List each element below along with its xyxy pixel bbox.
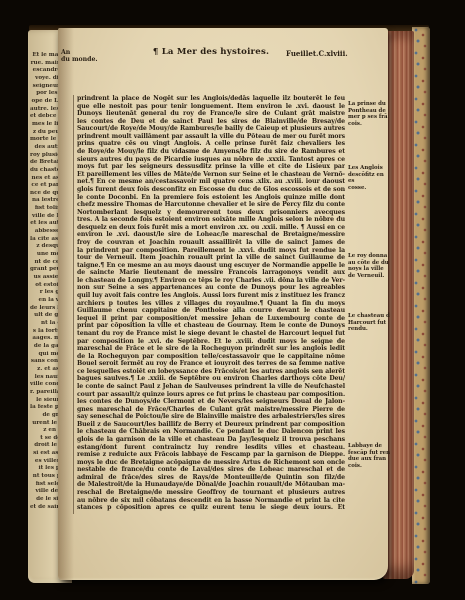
body-text-line: le chasteau de Longny.¶ Environ ce tēps … — [77, 277, 345, 285]
margin-note-line: mer p ses frā — [348, 114, 392, 121]
margin-note-line: Le chasteau d — [348, 313, 392, 320]
body-text-line: environ le .xvi. daoust/le sire de Lohea… — [77, 231, 345, 239]
body-text-line: la prindrent par composition. Pareilleme… — [77, 247, 345, 255]
body-text-line: bagues saulves.¶ Le .xxiii. de Septēbre … — [77, 375, 345, 383]
body-text-line: Saucourt/de Roye/de Mouy/de Rambures/le … — [77, 125, 345, 133]
body-text-line: Et pareillement les villes de Māte/de Ve… — [77, 171, 345, 179]
body-text-line: prindrent la place de Nogēt sur les Angl… — [77, 95, 345, 103]
margin-note: Le roy donnaau cōte de dunoys la villede… — [348, 253, 392, 279]
body-text-line: non sur Seine a ses appartenances au con… — [77, 284, 345, 292]
body-text-line: moys le duc de Bretaigne acōpaigne de me… — [77, 459, 345, 467]
margin-note: Labbaye defescāp fut rendue aux francois… — [348, 443, 392, 469]
pilcrow-ornament-icon: ¶ — [153, 47, 159, 57]
cover-marble-edge — [412, 27, 430, 584]
margin-label-line: du monde. — [61, 56, 101, 63]
body-text-line: court par assault/z quinze iours apres c… — [77, 391, 345, 399]
margin-note-line: cosse. — [348, 185, 392, 192]
body-text-line: de saincte Marie lieutenant de messire F… — [77, 269, 345, 277]
body-text-line: say seneschal de Poictou/le sire de Blai… — [77, 413, 345, 421]
body-text-line: tenant du roy de France mist le siege de… — [77, 330, 345, 338]
margin-note-line: descōfitz en es — [348, 172, 392, 185]
body-text-line: glois furent deux fois desconfitz en Esc… — [77, 186, 345, 194]
body-text-line: archiers p toutes les villes z villages … — [77, 300, 345, 308]
margin-note-line: Le roy donna — [348, 253, 392, 260]
body-text-line: sieurs autres du pays de Picardie iusque… — [77, 156, 345, 164]
body-text-line: prindrent moult vaillāment par assault l… — [77, 133, 345, 141]
body-text-line: moys fut par les seigneurs dessusditz pr… — [77, 163, 345, 171]
body-text: prindrent la place de Nogēt sur les Angl… — [77, 95, 345, 515]
body-text-line: nestable de france/du conte de Laval/des… — [77, 466, 345, 474]
body-text-line: taigne.¶ En ce mesme an au moys daoust u… — [77, 262, 345, 270]
body-text-line: gnes mareschal de Frāce/Charles de Culan… — [77, 406, 345, 414]
margin-notes: La prinse duPontheau demer p ses frācois… — [348, 28, 392, 580]
body-text-line: que elle nestoit pas pour tenir longueme… — [77, 103, 345, 111]
margin-note-line: due aux fran — [348, 456, 392, 463]
main-page: An du monde. ¶ La Mer des hystoires. Fue… — [58, 28, 388, 580]
body-text-line: froy de couvran et Joachin rouault assai… — [77, 239, 345, 247]
body-text-line: chefz messire Thomas de Harcutonne cheva… — [77, 201, 345, 209]
body-text-line: de la Rocheguyon par composition telle/c… — [77, 353, 345, 361]
body-text-line: Guillaume chenu cappitaine de Ponthoise … — [77, 307, 345, 315]
body-text-line: print par cōposition la ville et chastea… — [77, 322, 345, 330]
body-text-line: le conte Doconbi. En la premiere fois es… — [77, 194, 345, 202]
body-text-line: le chasteau de Chābrais en Normandie. Ce… — [77, 428, 345, 436]
body-text-line: prins quatre cēs ou vingt Anglois. A cel… — [77, 140, 345, 148]
gutter-crease-line — [73, 95, 74, 514]
margin-note-line: La prinse du — [348, 101, 392, 108]
body-text-line: Nortomberlant lesquelz y demourerent tou… — [77, 209, 345, 217]
body-text-line: tour de Verneuil. Item Joachin rouault p… — [77, 254, 345, 262]
body-text-line: glois de la garnison de la ville et chas… — [77, 436, 345, 444]
body-text-line: de Roye/de Mouy/le filz du vidasme de Am… — [77, 148, 345, 156]
body-text-line: reschal de Bretaigne/de messire Geoffroy… — [77, 489, 345, 497]
body-text-line: admiral de frāce/des sires de Rays/de Mo… — [77, 474, 345, 482]
body-text-line: de Malestroit/de la Hunaudaye/de Dōnal/d… — [77, 481, 345, 489]
body-text-line: Bueil z de Saucourt/les baillifz de Berr… — [77, 421, 345, 429]
body-text-line: ce lesquelles estoiēt en lobeyssance des… — [77, 368, 345, 376]
body-text-line: par composition le .xvi. de Septēbre. Et… — [77, 338, 345, 346]
margin-note-line: cois. — [348, 121, 392, 128]
margin-note: Les Angloisdescōfitz en escosse. — [348, 165, 392, 191]
body-text-line: le conte de sainct Paul z Jehan de Saulv… — [77, 383, 345, 391]
body-text-line: net.¶ En ce mesme an/cestassavoir mil qu… — [77, 178, 345, 186]
margin-note-line: de Verneuil. — [348, 273, 392, 280]
body-text-line: estang/dont furent contrainctz luy rendr… — [77, 444, 345, 452]
body-text-line: lequel il print par composition/et messi… — [77, 315, 345, 323]
body-text-line: les contes de Deu et de sainct Paul les … — [77, 118, 345, 126]
body-text-line: tres. A la seconde fois estoient environ… — [77, 216, 345, 224]
body-text-line: mareschal de Frāce et le sire de la Roch… — [77, 345, 345, 353]
margin-note-line: cois. — [348, 463, 392, 470]
body-text-line: au nōbre de six mil cōbatans descendit e… — [77, 497, 345, 505]
margin-note: La prinse duPontheau demer p ses frācois… — [348, 101, 392, 127]
body-text-line: remise z reduicte aux Frācois labbaye de… — [77, 451, 345, 459]
body-text-line: stances p cōposition apres ce quilz eure… — [77, 504, 345, 512]
margin-note: Le chasteau dHarcourt futrendu. — [348, 313, 392, 333]
running-head-title-text: La Mer des hystoires. — [162, 47, 269, 57]
body-text-line: Dunoys lieutenāt general du roy de Franc… — [77, 110, 345, 118]
body-text-line: Bouel seroit fermēt au roy de France et … — [77, 360, 345, 368]
body-text-line: les contes de Dunoys/de Clermont et de N… — [77, 398, 345, 406]
body-text-line: desquelz en deux fois furēt mis a mort e… — [77, 224, 345, 232]
body-text-line: quil luy avoit fais contre les Anglois. … — [77, 292, 345, 300]
margin-note-line: rendu. — [348, 326, 392, 333]
